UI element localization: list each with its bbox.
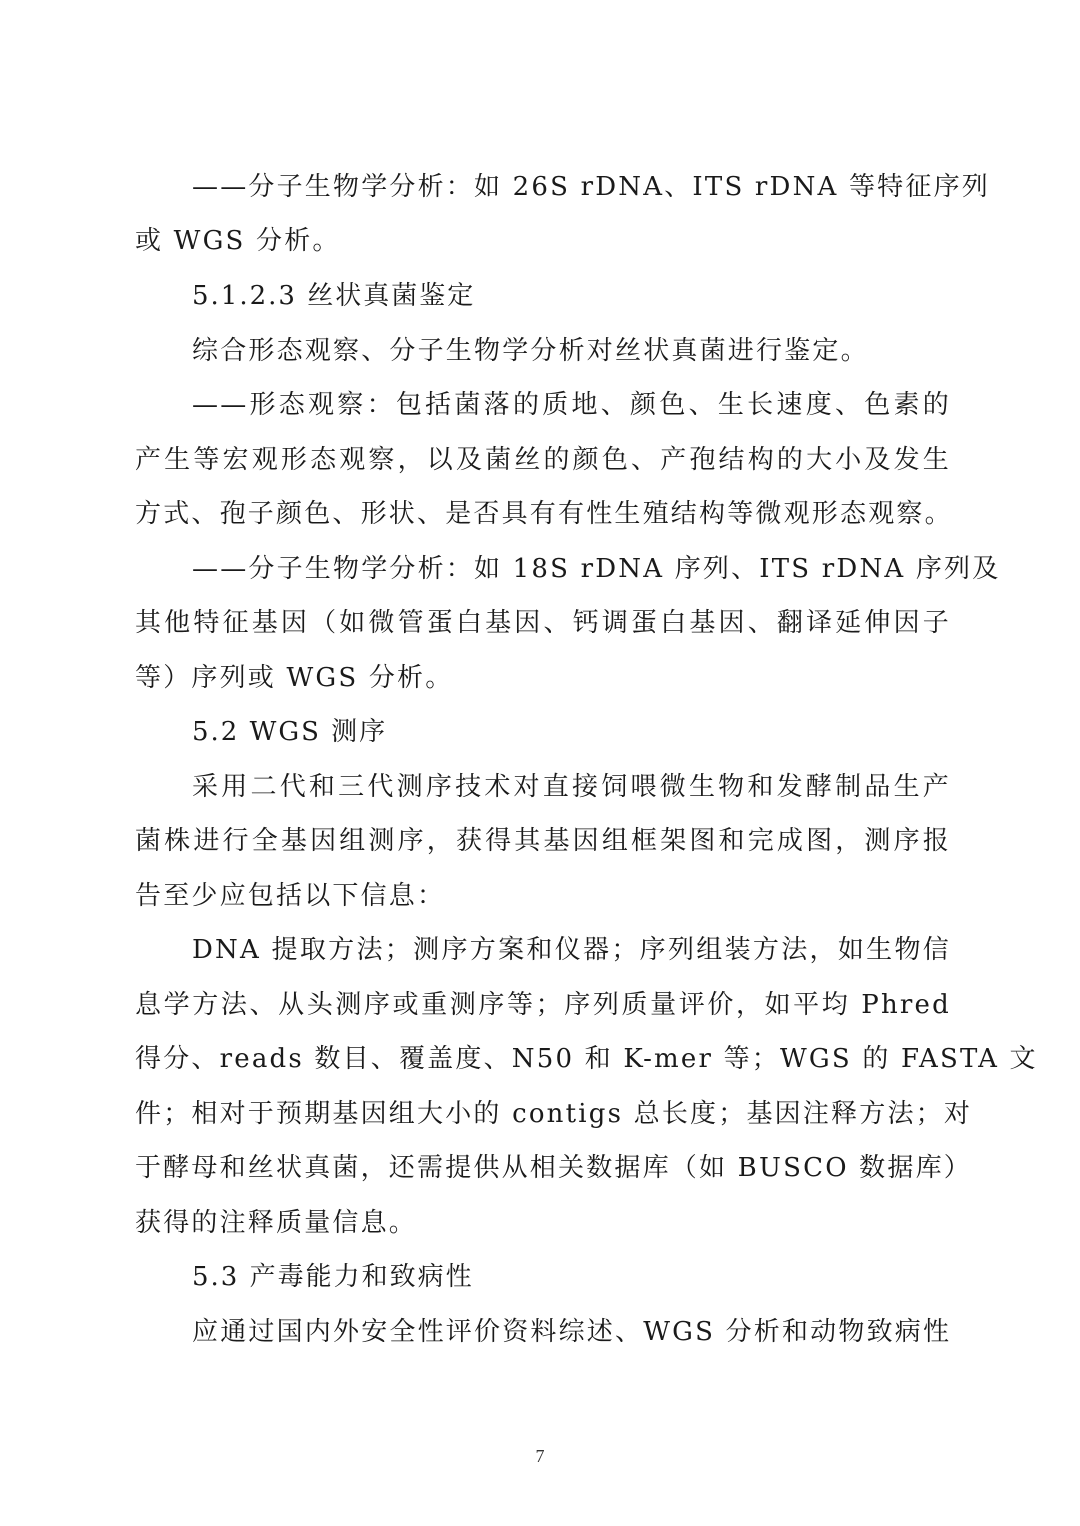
paragraph-line: 方式、孢子颜色、形状、是否具有有性生殖结构等微观形态观察。 xyxy=(135,497,951,531)
paragraph-line: 于酵母和丝状真菌，还需提供从相关数据库（如 BUSCO 数据库） xyxy=(135,1151,951,1185)
section-heading-5-1-2-3: 5.1.2.3 丝状真菌鉴定 xyxy=(192,279,951,313)
paragraph-line-molecular-analysis-yeast: ——分子生物学分析：如 26S rDNA、ITS rDNA 等特征序列 xyxy=(192,170,951,204)
paragraph-line: 或 WGS 分析。 xyxy=(135,224,951,258)
paragraph-line: 应通过国内外安全性评价资料综述、WGS 分析和动物致病性 xyxy=(192,1315,951,1349)
paragraph-line: 菌株进行全基因组测序，获得其基因组框架图和完成图，测序报 xyxy=(135,824,951,858)
document-page: ——分子生物学分析：如 26S rDNA、ITS rDNA 等特征序列 或 WG… xyxy=(0,0,1080,1526)
paragraph-line: 综合形态观察、分子生物学分析对丝状真菌进行鉴定。 xyxy=(192,334,951,368)
page-number: 7 xyxy=(0,1446,1080,1467)
section-heading-5-3: 5.3 产毒能力和致病性 xyxy=(192,1260,951,1294)
paragraph-line: 件；相对于预期基因组大小的 contigs 总长度；基因注释方法；对 xyxy=(135,1097,951,1131)
paragraph-line: 告至少应包括以下信息： xyxy=(135,879,951,913)
paragraph-line: DNA 提取方法；测序方案和仪器；序列组装方法，如生物信 xyxy=(192,933,951,967)
paragraph-line: 息学方法、从头测序或重测序等；序列质量评价，如平均 Phred xyxy=(135,988,951,1022)
paragraph-line-molecular-analysis-fungi: ——分子生物学分析：如 18S rDNA 序列、ITS rDNA 序列及 xyxy=(192,552,951,586)
paragraph-line: 其他特征基因（如微管蛋白基因、钙调蛋白基因、翻译延伸因子 xyxy=(135,606,951,640)
paragraph-line: 得分、reads 数目、覆盖度、N50 和 K-mer 等；WGS 的 FAST… xyxy=(135,1042,951,1076)
paragraph-line: 等）序列或 WGS 分析。 xyxy=(135,661,951,695)
section-heading-5-2: 5.2 WGS 测序 xyxy=(192,715,951,749)
paragraph-line: 产生等宏观形态观察，以及菌丝的颜色、产孢结构的大小及发生 xyxy=(135,443,951,477)
paragraph-line: 采用二代和三代测序技术对直接饲喂微生物和发酵制品生产 xyxy=(192,770,951,804)
paragraph-line-morphology: ——形态观察：包括菌落的质地、颜色、生长速度、色素的 xyxy=(192,388,951,422)
paragraph-line: 获得的注释质量信息。 xyxy=(135,1206,951,1240)
